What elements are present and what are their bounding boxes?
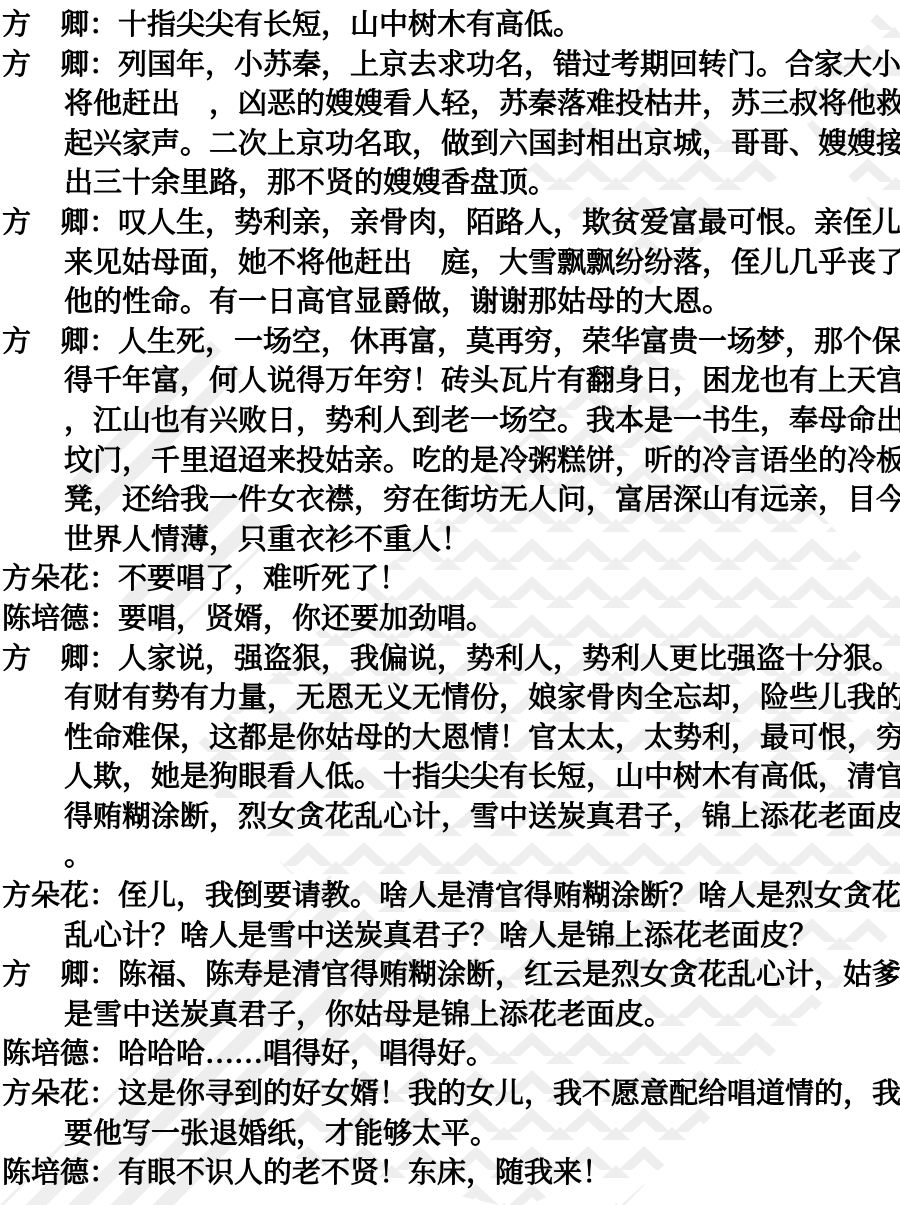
dialogue-first-line: 方 卿：列国年，小苏秦，上京去求功名，错过考期回转门。合家大小: [2, 46, 900, 86]
speaker-label: 方 卿：: [2, 640, 118, 680]
dialogue-line: 凳，还给我一件女衣襟，穷在街坊无人问，富居深山有远亲，目今: [2, 481, 900, 521]
speaker-label: 陈培德：: [2, 600, 118, 640]
dialogue-text: 有眼不识人的老不贤！东床，随我来！: [118, 1157, 611, 1189]
speaker-label: 方 卿：: [2, 46, 118, 86]
dialogue-text: 这是你寻到的好女婿！我的女儿，我不愿意配给唱道情的，我: [118, 1078, 900, 1110]
dialogue-line: 坟门，千里迢迢来投姑亲。吃的是冷粥糕饼，听的冷言语坐的冷板: [2, 442, 900, 482]
dialogue-line: 起兴家声。二次上京功名取，做到六国封相出京城，哥哥、嫂嫂接: [2, 125, 900, 165]
speaker-label: 方朵花：: [2, 560, 118, 600]
speaker-label: 方朵花：: [2, 1075, 118, 1115]
dialogue-first-line: 陈培德：有眼不识人的老不贤！东床，随我来！: [2, 1154, 900, 1194]
dialogue-paragraph: 方 卿：人生死，一场空，休再富，莫再穷，荣华富贵一场梦，那个保得千年富，何人说得…: [2, 323, 900, 561]
speaker-label: 方 卿：: [2, 6, 118, 46]
dialogue-text: 哈哈哈……唱得好，唱得好。: [118, 1038, 495, 1070]
dialogue-first-line: 方 卿：十指尖尖有长短，山中树木有高低。: [2, 6, 900, 46]
dialogue-line: 得贿糊涂断，烈女贪花乱心计，雪中送炭真君子，锦上添花老面皮: [2, 798, 900, 838]
dialogue-text: 要唱，贤婿，你还要加劲唱。: [118, 603, 495, 635]
dialogue-line: 他的性命。有一日高官显爵做，谢谢那姑母的大恩。: [2, 283, 900, 323]
dialogue-paragraph: 陈培德：哈哈哈……唱得好，唱得好。: [2, 1035, 900, 1075]
dialogue-text: 十指尖尖有长短，山中树木有高低。: [118, 9, 582, 41]
dialogue-first-line: 方 卿：叹人生，势利亲，亲骨肉，陌路人，欺贫爱富最可恨。亲侄儿: [2, 204, 900, 244]
speaker-label: 方朵花：: [2, 877, 118, 917]
dialogue-line: 来见姑母面，她不将他赶出 庭，大雪飘飘纷纷落，侄儿几乎丧了: [2, 244, 900, 284]
dialogue-first-line: 方朵花：这是你寻到的好女婿！我的女儿，我不愿意配给唱道情的，我: [2, 1075, 900, 1115]
dialogue-text: 陈福、陈寿是清官得贿糊涂断，红云是烈女贪花乱心计，姑爹: [118, 959, 900, 991]
dialogue-paragraph: 方朵花：侄儿，我倒要请教。啥人是清官得贿糊涂断？啥人是烈女贪花乱心计？啥人是雪中…: [2, 877, 900, 956]
speaker-label: 方 卿：: [2, 956, 118, 996]
dialogue-line: 世界人情薄，只重衣衫不重人！: [2, 521, 900, 561]
dialogue-line: 乱心计？啥人是雪中送炭真君子？啥人是锦上添花老面皮？: [2, 917, 900, 957]
script-body: 方 卿：十指尖尖有长短，山中树木有高低。方 卿：列国年，小苏秦，上京去求功名，错…: [0, 0, 900, 1205]
dialogue-paragraph: 陈培德：要唱，贤婿，你还要加劲唱。: [2, 600, 900, 640]
dialogue-line: 是雪中送炭真君子，你姑母是锦上添花老面皮。: [2, 996, 900, 1036]
dialogue-line: 有财有势有力量，无恩无义无情份，娘家骨肉全忘却，险些儿我的: [2, 679, 900, 719]
dialogue-paragraph: 方朵花：不要唱了，难听死了！: [2, 560, 900, 600]
speaker-label: 方 卿：: [2, 204, 118, 244]
speaker-label: 陈培德：: [2, 1154, 118, 1194]
dialogue-list: 方 卿：十指尖尖有长短，山中树木有高低。方 卿：列国年，小苏秦，上京去求功名，错…: [2, 6, 900, 1194]
dialogue-text: 侄儿，我倒要请教。啥人是清官得贿糊涂断？啥人是烈女贪花: [118, 880, 900, 912]
dialogue-line: 性命难保，这都是你姑母的大恩情！官太太，太势利，最可恨，穷: [2, 719, 900, 759]
dialogue-line: 。: [2, 837, 900, 877]
dialogue-text: 叹人生，势利亲，亲骨肉，陌路人，欺贫爱富最可恨。亲侄儿: [118, 207, 900, 239]
dialogue-first-line: 方 卿：陈福、陈寿是清官得贿糊涂断，红云是烈女贪花乱心计，姑爹: [2, 956, 900, 996]
dialogue-line: 人欺，她是狗眼看人低。十指尖尖有长短，山中树木有高低，清官: [2, 758, 900, 798]
dialogue-paragraph: 方 卿：十指尖尖有长短，山中树木有高低。: [2, 6, 900, 46]
dialogue-first-line: 方 卿：人家说，强盗狠，我偏说，势利人，势利人更比强盗十分狠。: [2, 640, 900, 680]
dialogue-first-line: 方朵花：侄儿，我倒要请教。啥人是清官得贿糊涂断？啥人是烈女贪花: [2, 877, 900, 917]
dialogue-first-line: 陈培德：哈哈哈……唱得好，唱得好。: [2, 1035, 900, 1075]
speaker-label: 陈培德：: [2, 1035, 118, 1075]
dialogue-first-line: 方朵花：不要唱了，难听死了！: [2, 560, 900, 600]
dialogue-paragraph: 方 卿：列国年，小苏秦，上京去求功名，错过考期回转门。合家大小将他赶出 ，凶恶的…: [2, 46, 900, 204]
dialogue-line: 将他赶出 ，凶恶的嫂嫂看人轻，苏秦落难投枯井，苏三叔将他救: [2, 85, 900, 125]
dialogue-paragraph: 方 卿：陈福、陈寿是清官得贿糊涂断，红云是烈女贪花乱心计，姑爹是雪中送炭真君子，…: [2, 956, 900, 1035]
dialogue-paragraph: 陈培德：有眼不识人的老不贤！东床，随我来！: [2, 1154, 900, 1194]
dialogue-line: 出三十余里路，那不贤的嫂嫂香盘顶。: [2, 164, 900, 204]
dialogue-first-line: 方 卿：人生死，一场空，休再富，莫再穷，荣华富贵一场梦，那个保: [2, 323, 900, 363]
dialogue-line: ，江山也有兴败日，势利人到老一场空。我本是一书生，奉母命出: [2, 402, 900, 442]
dialogue-paragraph: 方朵花：这是你寻到的好女婿！我的女儿，我不愿意配给唱道情的，我要他写一张退婚纸，…: [2, 1075, 900, 1154]
speaker-label: 方 卿：: [2, 323, 118, 363]
dialogue-text: 列国年，小苏秦，上京去求功名，错过考期回转门。合家大小: [118, 49, 900, 81]
dialogue-first-line: 陈培德：要唱，贤婿，你还要加劲唱。: [2, 600, 900, 640]
dialogue-text: 人家说，强盗狠，我偏说，势利人，势利人更比强盗十分狠。: [118, 643, 900, 675]
dialogue-text: 人生死，一场空，休再富，莫再穷，荣华富贵一场梦，那个保: [118, 326, 900, 358]
script-page: { "page": { "colon": "：", "background_co…: [0, 0, 900, 1205]
dialogue-paragraph: 方 卿：人家说，强盗狠，我偏说，势利人，势利人更比强盗十分狠。有财有势有力量，无…: [2, 640, 900, 878]
dialogue-line: 要他写一张退婚纸，才能够太平。: [2, 1115, 900, 1155]
dialogue-paragraph: 方 卿：叹人生，势利亲，亲骨肉，陌路人，欺贫爱富最可恨。亲侄儿来见姑母面，她不将…: [2, 204, 900, 323]
dialogue-line: 得千年富，何人说得万年穷！砖头瓦片有翻身日，困龙也有上天宫: [2, 362, 900, 402]
dialogue-text: 不要唱了，难听死了！: [118, 563, 408, 595]
